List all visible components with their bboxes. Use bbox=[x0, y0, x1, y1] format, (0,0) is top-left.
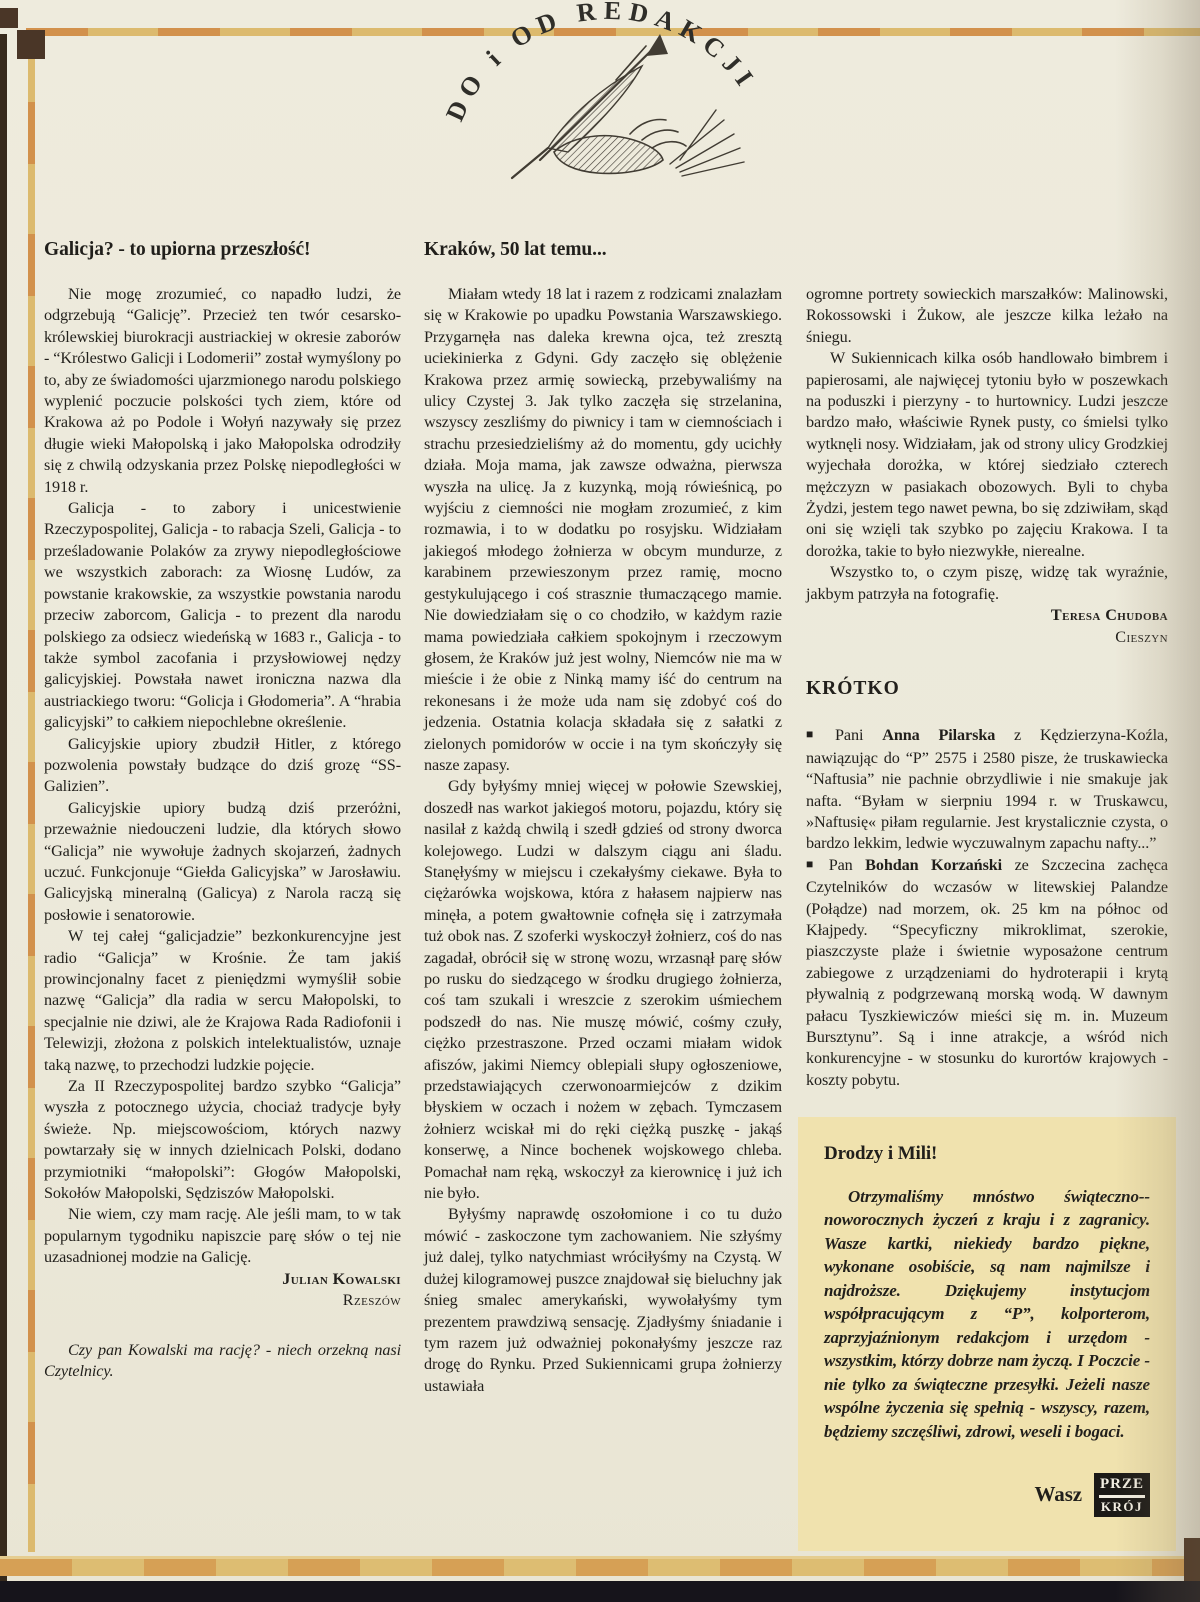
section-heading-krotko: KRÓTKO bbox=[806, 678, 1168, 699]
body-paragraph: W tej całej “galicjadzie” bezkonkurencyj… bbox=[44, 926, 401, 1076]
box-heading: Drodzy i Mili! bbox=[824, 1143, 1150, 1164]
short-news-item: ■Pani Anna Pilarska z Kędzierzyna-Koźla,… bbox=[806, 725, 1168, 854]
body-paragraph: Galicja - to zabory i unicestwienie Rzec… bbox=[44, 498, 401, 733]
square-bullet-icon: ■ bbox=[806, 857, 822, 871]
editor-note: Czy pan Kowalski ma rację? - niech orzek… bbox=[44, 1340, 401, 1383]
body-paragraph: W Sukiennicach kilka osób handlowało bim… bbox=[806, 348, 1168, 562]
body-paragraph: Gdy byłyśmy mniej więcej w połowie Szews… bbox=[424, 776, 782, 1204]
reader-name: Anna Pilarska bbox=[882, 726, 995, 744]
item-text: ze Szczecina zachęca Czytelników do wcza… bbox=[806, 856, 1168, 1089]
body-paragraph: Wszystko to, o czym piszę, widzę tak wyr… bbox=[806, 562, 1168, 605]
signature-city: Rzeszów bbox=[343, 1291, 401, 1309]
box-paragraph: Otrzymaliśmy mnóstwo świąteczno--noworoc… bbox=[824, 1185, 1150, 1444]
page-gutter-shadow bbox=[1115, 0, 1200, 1602]
column-galicja-letter: Galicja? - to upiorna przeszłość! Nie mo… bbox=[44, 238, 401, 1382]
bottom-dark-strip bbox=[0, 1581, 1200, 1602]
column-krakow-letter: Kraków, 50 lat temu... Miałam wtedy 18 l… bbox=[424, 238, 782, 1397]
signoff-label: Wasz bbox=[1035, 1484, 1082, 1505]
magazine-page: DO i OD REDAKCJI Galicja? - to upiorna p… bbox=[0, 0, 1200, 1602]
signature: Julian Kowalski Rzeszów bbox=[44, 1269, 401, 1312]
item-prefix: Pan bbox=[829, 856, 853, 874]
body-paragraph: Za II Rzeczypospolitej bardzo szybko “Ga… bbox=[44, 1076, 401, 1204]
square-bullet-icon: ■ bbox=[806, 727, 828, 741]
corner-square-decoration bbox=[17, 30, 45, 59]
body-paragraph: Nie mogę zrozumieć, co napadło ludzi, że… bbox=[44, 284, 401, 498]
item-text: z Kędzierzyna-Koźla, nawiązując do “P” 2… bbox=[806, 726, 1168, 852]
left-dashed-border bbox=[28, 32, 35, 1552]
signature-name: Julian Kowalski bbox=[282, 1270, 401, 1288]
body-paragraph: Byłyśmy naprawdę oszołomione i co tu duż… bbox=[424, 1204, 782, 1397]
body-paragraph: Nie wiem, czy mam rację. Ale jeśli mam, … bbox=[44, 1204, 401, 1268]
section-header: DO i OD REDAKCJI bbox=[392, 2, 828, 198]
item-prefix: Pani bbox=[835, 726, 863, 744]
letter-heading: Kraków, 50 lat temu... bbox=[424, 238, 782, 262]
corner-square-decoration bbox=[0, 8, 18, 28]
bottom-dashed-border bbox=[0, 1556, 1200, 1576]
body-paragraph: Galicyjskie upiory budzą dziś przeróżni,… bbox=[44, 798, 401, 926]
left-page-edge bbox=[0, 34, 7, 1602]
body-paragraph: ogromne portrety sowieckich marszałków: … bbox=[806, 284, 1168, 348]
short-news-item: ■Pan Bohdan Korzański ze Szczecina zachę… bbox=[806, 855, 1168, 1091]
body-paragraph: Miałam wtedy 18 lat i razem z rodzicami … bbox=[424, 284, 782, 776]
signature: Teresa Chudoba Cieszyn bbox=[806, 605, 1168, 648]
column-right: ogromne portrety sowieckich marszałków: … bbox=[806, 284, 1168, 1551]
reader-name: Bohdan Korzański bbox=[865, 856, 1002, 874]
letter-heading: Galicja? - to upiorna przeszłość! bbox=[44, 238, 401, 262]
box-signoff: Wasz PRZE KRÓJ bbox=[824, 1473, 1150, 1517]
body-paragraph: Galicyjskie upiory zbudził Hitler, z któ… bbox=[44, 734, 401, 798]
